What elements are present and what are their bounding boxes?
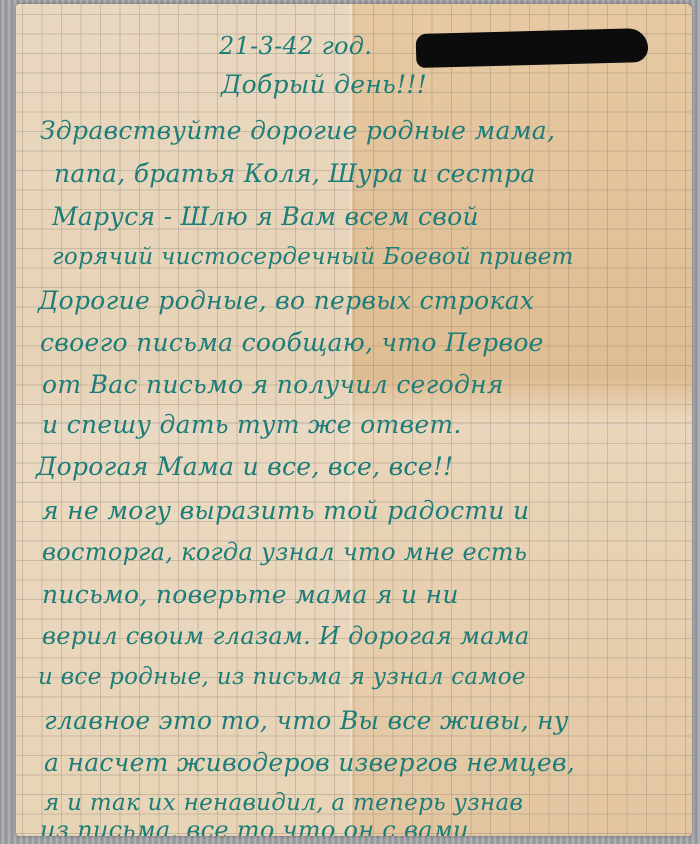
letter-line: и все родные, из письма я узнал самое	[38, 664, 526, 690]
letter-line: главное это то, что Вы все живы, ну	[44, 706, 569, 735]
letter-date: 21-3-42 год.	[219, 32, 372, 60]
letter-paper: 21-3-42 год. Добрый день!!! Здравствуйте…	[16, 4, 692, 836]
letter-line: горячий чистосердечный Боевой привет	[52, 244, 574, 270]
letter-line: я не могу выразить той радости и	[42, 496, 529, 525]
letter-line: из письма, все то что он с вами	[40, 816, 469, 836]
letter-line: папа, братья Коля, Шура и сестра	[54, 159, 536, 188]
letter-line: Маруся - Шлю я Вам всем свой	[52, 202, 479, 231]
letter-line: а насчет живодеров извергов немцев,	[44, 748, 575, 777]
letter-line: Дорогие родные, во первых строках	[38, 286, 534, 315]
letter-line: Дорогая Мама и все, все, все!!	[36, 452, 454, 481]
letter-line: от Вас письмо я получил сегодня	[42, 370, 504, 399]
letter-line: я и так их ненавидил, а теперь узнав	[44, 790, 523, 816]
letter-line: и спешу дать тут же ответ.	[42, 410, 462, 439]
letter-line: Здравствуйте дорогие родные мама,	[40, 116, 555, 145]
redacted-mark	[416, 28, 649, 68]
letter-line: восторга, когда узнал что мне есть	[42, 538, 527, 566]
letter-greeting: Добрый день!!!	[221, 70, 427, 99]
letter-line: верил своим глазам. И дорогая мама	[42, 622, 530, 650]
letter-line: своего письма сообщаю, что Первое	[40, 328, 544, 357]
letter-line: письмо, поверьте мама я и ни	[42, 580, 459, 609]
